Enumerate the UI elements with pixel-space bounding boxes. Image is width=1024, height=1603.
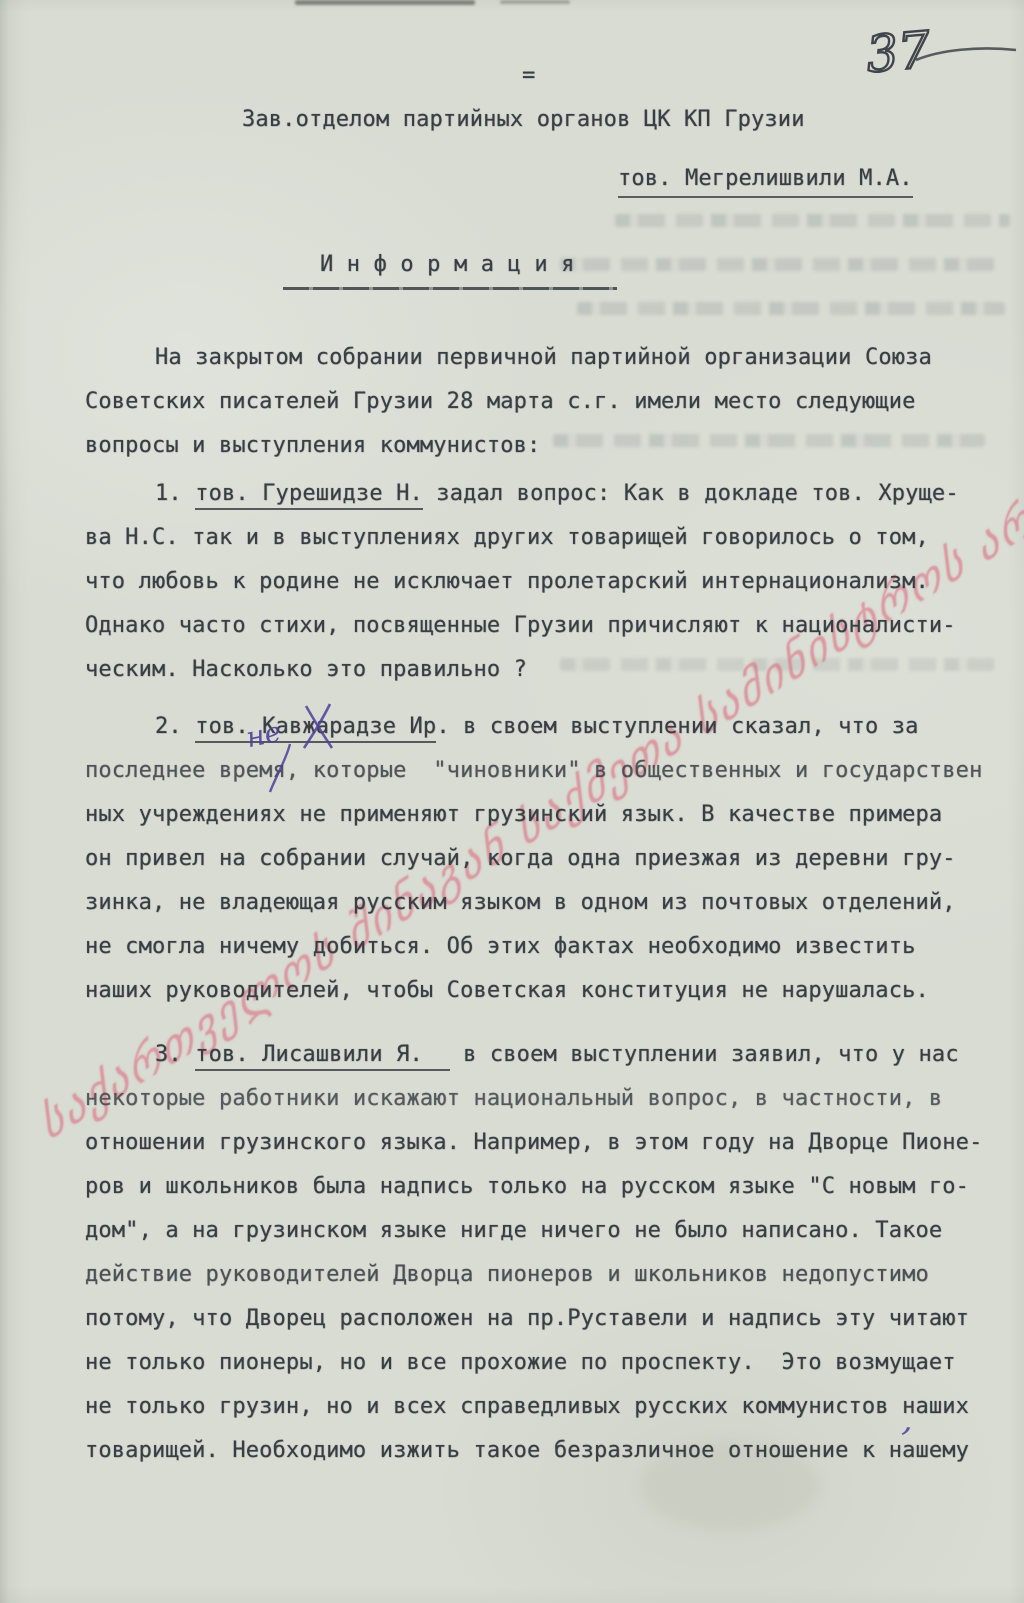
typed-line: дом", а на грузинском языке нигде ничего…: [85, 1218, 942, 1244]
typed-line: 1. тов. Гурешидзе Н. задал вопрос: Как в…: [155, 481, 959, 507]
typed-line: что любовь к родине не исключает пролета…: [85, 569, 929, 595]
typed-line: не смогла ничему добиться. Об этих факта…: [85, 934, 916, 960]
underlined-name: тов. Лисашвили Я.: [195, 1042, 450, 1071]
text-segment: ных учреждениях не применяют грузинский …: [85, 802, 942, 827]
text-segment: не смогла ничему добиться. Об этих факта…: [85, 934, 916, 959]
text-segment: вопросы и выступления коммунистов:: [85, 433, 540, 458]
typed-line: последнее время, которые "чиновники" в о…: [85, 758, 982, 784]
typed-line: Однако часто стихи, посвященные Грузии п…: [85, 613, 956, 639]
text-segment: ров и школьников была надпись только на …: [85, 1174, 969, 1199]
typed-line: ва Н.С. так и в выступлениях других това…: [85, 525, 929, 551]
typed-line: На закрытом собрании первичной партийной…: [155, 345, 932, 371]
typed-line: потому, что Дворец расположен на пр.Руст…: [85, 1306, 969, 1332]
typed-line: 3. тов. Лисашвили Я. в своем выступлении…: [155, 1042, 959, 1068]
text-segment: последнее время, которые "чиновники" в о…: [85, 758, 982, 783]
text-segment: товарищей. Необходимо изжить такое безра…: [85, 1438, 969, 1463]
edge-smudge: [295, 0, 475, 5]
document-title: И н ф о р м а ц и я: [320, 252, 575, 278]
addressee-line: тов. Мегрелишвили М.А.: [618, 166, 913, 198]
document-header: Зав.отделом партийных органов ЦК КП Груз…: [242, 107, 805, 133]
svg-text:37: 37: [864, 21, 933, 84]
underlined-name: тов. Гурешидзе Н.: [195, 481, 423, 510]
typed-line: действие руководителей Дворца пионеров и…: [85, 1262, 929, 1288]
text-segment: не только пионеры, но и все прохожие по …: [85, 1350, 956, 1375]
text-segment: задал вопрос: Как в докладе тов. Хруще-: [423, 481, 959, 506]
bleed-through-line: [615, 214, 1010, 227]
typed-line: отношении грузинского языка. Например, в…: [85, 1130, 982, 1156]
edge-smudge: [500, 0, 570, 4]
bleed-through-line: [560, 258, 1000, 271]
text-segment: 1.: [155, 481, 195, 506]
typed-line: он привел на собрании случай, когда одна…: [85, 846, 956, 872]
title-underline: [283, 287, 617, 290]
text-segment: зинка, не владеющая русским языком в одн…: [85, 890, 956, 915]
text-segment: отношении грузинского языка. Например, в…: [85, 1130, 982, 1155]
typed-line: некоторые работники искажают национальны…: [85, 1086, 942, 1112]
typed-line: не только пионеры, но и все прохожие по …: [85, 1350, 956, 1376]
typed-line: не только грузин, но и всех справедливых…: [85, 1394, 969, 1420]
typed-line: ров и школьников была надпись только на …: [85, 1174, 969, 1200]
bleed-through-line: [553, 434, 985, 447]
typed-line: Советских писателей Грузии 28 марта с.г.…: [85, 389, 916, 415]
handwritten-correction-x: [300, 700, 338, 752]
document-page: საქართველოს შინაგან საქმეთა სამინისტროს …: [0, 0, 1024, 1603]
text-segment: наших руководителей, чтобы Советская кон…: [85, 978, 929, 1003]
typed-line: вопросы и выступления коммунистов:: [85, 433, 540, 459]
bleed-through-line: [577, 302, 1005, 315]
text-segment: некоторые работники искажают национальны…: [85, 1086, 942, 1111]
text-segment: в своем выступлении заявил, что у нас: [450, 1042, 959, 1067]
text-segment: потому, что Дворец расположен на пр.Руст…: [85, 1306, 969, 1331]
text-segment: он привел на собрании случай, когда одна…: [85, 846, 956, 871]
text-segment: дом", а на грузинском языке нигде ничего…: [85, 1218, 942, 1243]
typed-line: наших руководителей, чтобы Советская кон…: [85, 978, 929, 1004]
typed-line: ных учреждениях не применяют грузинский …: [85, 802, 942, 828]
text-segment: 3.: [155, 1042, 195, 1067]
text-segment: что любовь к родине не исключает пролета…: [85, 569, 929, 594]
text-segment: не только грузин, но и всех справедливых…: [85, 1394, 969, 1419]
text-segment: . в своем выступлении сказал, что за: [436, 714, 918, 739]
text-segment: Советских писателей Грузии 28 марта с.г.…: [85, 389, 916, 414]
typed-line: ческим. Насколько это правильно ?: [85, 657, 527, 683]
text-segment: 2.: [155, 714, 195, 739]
handwritten-page-number: 37: [840, 8, 1024, 98]
text-segment: На закрытом собрании первичной партийной…: [155, 345, 932, 370]
separator-mark: =: [522, 63, 535, 89]
text-segment: действие руководителей Дворца пионеров и…: [85, 1262, 929, 1287]
text-segment: ва Н.С. так и в выступлениях других това…: [85, 525, 929, 550]
text-segment: Однако часто стихи, посвященные Грузии п…: [85, 613, 956, 638]
text-segment: ческим. Насколько это правильно ?: [85, 657, 527, 682]
typed-line: зинка, не владеющая русским языком в одн…: [85, 890, 956, 916]
typed-line: товарищей. Необходимо изжить такое безра…: [85, 1438, 969, 1464]
